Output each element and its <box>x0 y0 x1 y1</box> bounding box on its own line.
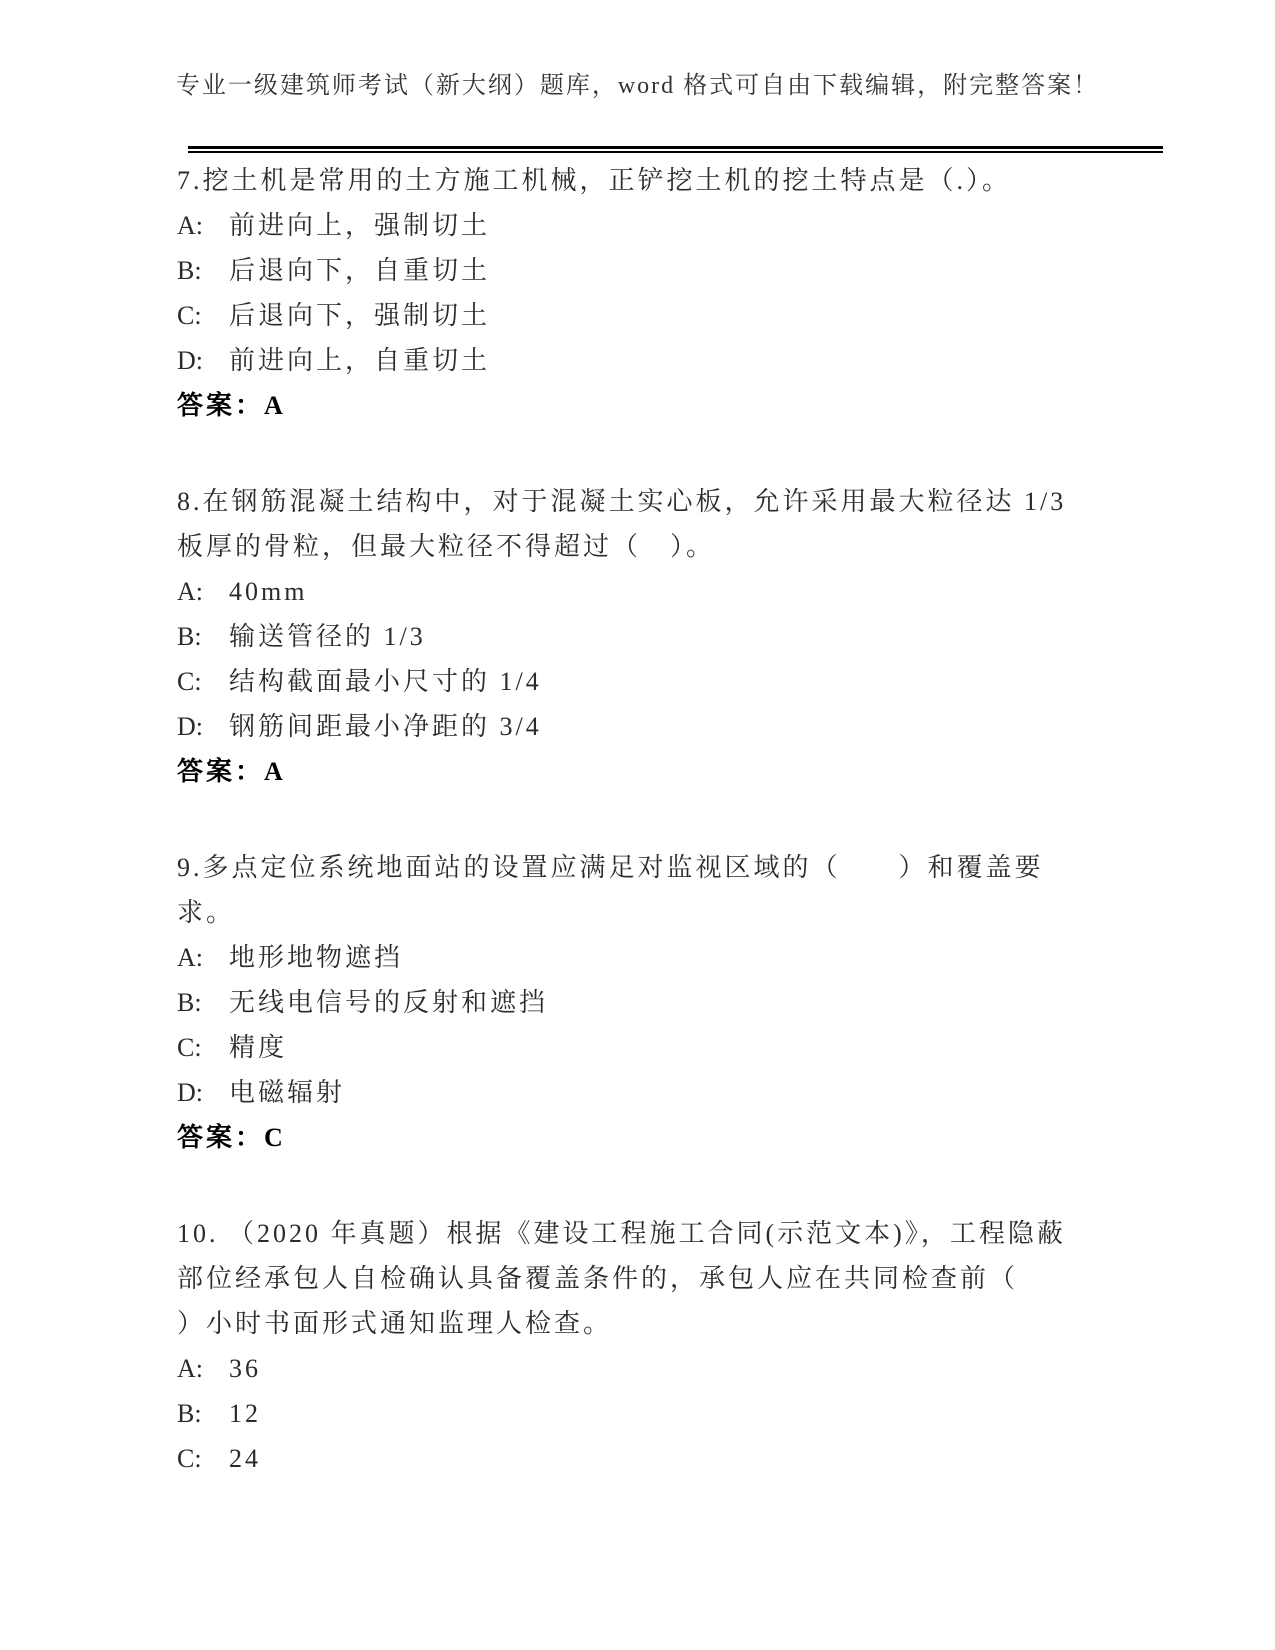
question-list: 7.挖土机是常用的土方施工机械，正铲挖土机的挖土特点是（.）。A:前进向上，强制… <box>177 158 1197 1532</box>
option-text: 地形地物遮挡 <box>229 943 403 972</box>
question-stem-line: 8.在钢筋混凝土结构中，对于混凝土实心板，允许采用最大粒径达 1/3 <box>177 479 1197 524</box>
option-label: B: <box>177 980 229 1025</box>
question-stem-line: 10. （2020 年真题）根据《建设工程施工合同(示范文本)》，工程隐蔽 <box>177 1211 1197 1256</box>
option-line: D:电磁辐射 <box>177 1070 1197 1115</box>
option-label: D: <box>177 1070 229 1115</box>
option-label: A: <box>177 203 229 248</box>
option-text: 电磁辐射 <box>229 1078 345 1107</box>
option-text: 输送管径的 1/3 <box>229 622 426 651</box>
option-label: D: <box>177 338 229 383</box>
answer-line: 答案：A <box>177 749 1197 794</box>
question-block-8: 8.在钢筋混凝土结构中，对于混凝土实心板，允许采用最大粒径达 1/3板厚的骨粒，… <box>177 479 1197 794</box>
option-text: 36 <box>229 1354 261 1383</box>
option-line: D:前进向上，自重切土 <box>177 338 1197 383</box>
option-label: C: <box>177 293 229 338</box>
option-label: C: <box>177 1436 229 1481</box>
option-line: B:后退向下，自重切土 <box>177 248 1197 293</box>
answer-value: C <box>264 1123 286 1152</box>
option-line: A:40mm <box>177 569 1197 614</box>
option-text: 钢筋间距最小净距的 3/4 <box>229 712 542 741</box>
option-line: C:后退向下，强制切土 <box>177 293 1197 338</box>
option-line: B:输送管径的 1/3 <box>177 614 1197 659</box>
answer-line: 答案：C <box>177 1115 1197 1160</box>
option-text: 精度 <box>229 1033 287 1062</box>
header-divider <box>188 146 1163 153</box>
option-label: D: <box>177 704 229 749</box>
option-line: C:结构截面最小尺寸的 1/4 <box>177 659 1197 704</box>
option-line: B:无线电信号的反射和遮挡 <box>177 980 1197 1025</box>
question-block-10: 10. （2020 年真题）根据《建设工程施工合同(示范文本)》，工程隐蔽部位经… <box>177 1211 1197 1481</box>
question-stem-line: 板厚的骨粒，但最大粒径不得超过（ ）。 <box>177 524 1197 569</box>
option-text: 后退向下，强制切土 <box>229 301 490 330</box>
option-line: D:钢筋间距最小净距的 3/4 <box>177 704 1197 749</box>
option-line: C:精度 <box>177 1025 1197 1070</box>
option-text: 后退向下，自重切土 <box>229 256 490 285</box>
option-line: A:地形地物遮挡 <box>177 935 1197 980</box>
option-text: 无线电信号的反射和遮挡 <box>229 988 548 1017</box>
option-text: 前进向上，自重切土 <box>229 346 490 375</box>
option-text: 40mm <box>229 577 307 606</box>
answer-value: A <box>264 757 286 786</box>
option-label: B: <box>177 614 229 659</box>
option-label: C: <box>177 659 229 704</box>
option-line: A:前进向上，强制切土 <box>177 203 1197 248</box>
option-line: C:24 <box>177 1436 1197 1481</box>
question-block-7: 7.挖土机是常用的土方施工机械，正铲挖土机的挖土特点是（.）。A:前进向上，强制… <box>177 158 1197 428</box>
document-header-title: 专业一级建筑师考试（新大纲）题库，word 格式可自由下载编辑，附完整答案！ <box>0 66 1275 106</box>
question-stem-line: 7.挖土机是常用的土方施工机械，正铲挖土机的挖土特点是（.）。 <box>177 158 1197 203</box>
option-label: B: <box>177 248 229 293</box>
option-label: A: <box>177 935 229 980</box>
option-text: 24 <box>229 1444 261 1473</box>
answer-label: 答案： <box>177 757 264 786</box>
option-text: 结构截面最小尺寸的 1/4 <box>229 667 542 696</box>
question-stem-line: 求。 <box>177 890 1197 935</box>
option-label: A: <box>177 569 229 614</box>
answer-label: 答案： <box>177 391 264 420</box>
answer-value: A <box>264 391 286 420</box>
question-block-9: 9.多点定位系统地面站的设置应满足对监视区域的（ ）和覆盖要求。A:地形地物遮挡… <box>177 845 1197 1160</box>
option-text: 前进向上，强制切土 <box>229 211 490 240</box>
option-label: B: <box>177 1391 229 1436</box>
document-page: 专业一级建筑师考试（新大纲）题库，word 格式可自由下载编辑，附完整答案！ 7… <box>0 0 1275 1650</box>
option-label: C: <box>177 1025 229 1070</box>
question-stem-line: 部位经承包人自检确认具备覆盖条件的，承包人应在共同检查前（ <box>177 1256 1197 1301</box>
option-line: B:12 <box>177 1391 1197 1436</box>
question-stem-line: ）小时书面形式通知监理人检查。 <box>177 1301 1197 1346</box>
question-stem-line: 9.多点定位系统地面站的设置应满足对监视区域的（ ）和覆盖要 <box>177 845 1197 890</box>
option-label: A: <box>177 1346 229 1391</box>
option-line: A:36 <box>177 1346 1197 1391</box>
answer-line: 答案：A <box>177 383 1197 428</box>
answer-label: 答案： <box>177 1123 264 1152</box>
option-text: 12 <box>229 1399 261 1428</box>
